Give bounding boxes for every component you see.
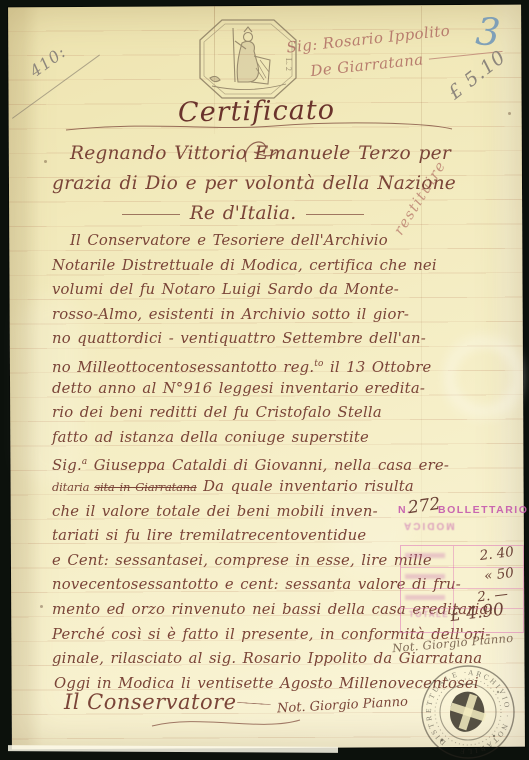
body-line: no Milleottocentosessantotto reg.to il 1… bbox=[52, 352, 434, 377]
body-line-segment: Da quale inventario risulta bbox=[197, 478, 414, 495]
ink-flourish bbox=[237, 702, 271, 705]
body-line: tariati si fu lire tremilatrecentoventid… bbox=[52, 524, 434, 549]
body-line: Perché così si è fatto il presente, in c… bbox=[52, 623, 434, 648]
fee-total-label: TOTALE bbox=[409, 610, 449, 619]
body-line: Sig.a Giuseppa Cataldi di Giovanni, nell… bbox=[52, 450, 434, 475]
body-line-segment: rosso-Almo, esistenti in Archivio sotto … bbox=[52, 306, 409, 323]
body-line-segment: no quattordici - ventiquattro Settembre … bbox=[52, 330, 426, 347]
seated-figure-icon bbox=[210, 27, 286, 90]
certificate-body: Regnando Vittorio Emanuele Terzo pergraz… bbox=[52, 139, 434, 696]
body-line-segment: Re d'Italia. bbox=[190, 203, 297, 224]
body-line: e Cent: sessantasei, comprese in esse, l… bbox=[52, 549, 434, 574]
body-line: detto anno al N°916 leggesi inventario e… bbox=[52, 377, 434, 402]
body-line-segment: sita in Giarratana bbox=[94, 480, 196, 494]
body-line-segment: tariati si fu lire tremilatrecentoventid… bbox=[52, 527, 366, 544]
body-line: Il Conservatore e Tesoriere dell'Archivi… bbox=[52, 229, 434, 254]
notarial-seal-icon: ARCHIVIO · NOTARILE · DISTRETTUALE · bbox=[412, 662, 524, 760]
body-line: che il valore totale dei beni mobili inv… bbox=[52, 500, 434, 525]
ink-speck bbox=[40, 605, 43, 608]
body-line-segment: grazia di Dio e per volontà della Nazion… bbox=[52, 173, 456, 194]
body-line-segment: il 13 Ottobre bbox=[324, 359, 432, 376]
fee-stamp-place: MODICA bbox=[402, 520, 455, 531]
ink-speck bbox=[44, 160, 47, 163]
body-line: mento ed orzo rinvenuto nei bassi della … bbox=[52, 598, 434, 623]
document-scan: 410: Sig: Rosario Ippolito De Giarratana… bbox=[0, 0, 529, 760]
document-title: Certificato bbox=[178, 95, 336, 129]
body-line-segment: rio dei beni reditti del fu Cristofalo S… bbox=[52, 404, 382, 421]
body-line: Notarile Distrettuale di Modica, certifi… bbox=[52, 254, 434, 279]
body-line-segment: volumi del fu Notaro Luigi Sardo da Mont… bbox=[52, 281, 399, 298]
body-line-segment: e Cent: sessantasei, comprese in esse, l… bbox=[52, 552, 432, 569]
body-line: no quattordici - ventiquattro Settembre … bbox=[52, 327, 434, 352]
body-line-segment: Sig. bbox=[52, 457, 82, 474]
body-line-segment: fatto ad istanza della coniuge superstit… bbox=[52, 429, 369, 446]
body-line-segment: ditaria bbox=[52, 480, 94, 494]
revenue-stamp-icon: L. 2 bbox=[196, 16, 300, 102]
body-line: Re d'Italia. bbox=[52, 199, 434, 229]
fee-row-label bbox=[405, 574, 445, 579]
body-line: rosso-Almo, esistenti in Archivio sotto … bbox=[52, 303, 434, 328]
body-line-segment: che il valore totale dei beni mobili inv… bbox=[52, 503, 378, 520]
scan-watermark bbox=[442, 318, 526, 436]
body-line: volumi del fu Notaro Luigi Sardo da Mont… bbox=[52, 278, 434, 303]
body-line: ginale, rilasciato al sig. Rosario Ippol… bbox=[52, 647, 434, 672]
body-line: novecentosessantotto e cent: sessanta va… bbox=[52, 573, 434, 598]
conservator-signature: Not. Giorgio Pianno bbox=[276, 695, 408, 717]
body-line-segment: Notarile Distrettuale di Modica, certifi… bbox=[52, 257, 437, 274]
paper-edge bbox=[8, 745, 338, 753]
body-line-segment: Regnando Vittorio Emanuele Terzo per bbox=[70, 143, 451, 164]
body-line: fatto ad istanza della coniuge superstit… bbox=[52, 426, 434, 451]
signature-flourish bbox=[150, 716, 302, 730]
body-line-segment: to bbox=[314, 359, 323, 369]
body-line-segment: no Milleottocentosessantotto reg. bbox=[52, 359, 314, 376]
savoy-cross-shield-icon bbox=[450, 692, 487, 732]
body-line: Regnando Vittorio Emanuele Terzo per bbox=[52, 139, 434, 169]
ink-speck bbox=[508, 112, 511, 115]
fee-stamp-word: BOLLETTARIO bbox=[438, 504, 528, 516]
signature-line: Il ConservatoreNot. Giorgio Pianno bbox=[64, 690, 408, 714]
signatory-role: Il Conservatore bbox=[64, 690, 237, 714]
stamp-value-text: L. 2 bbox=[284, 58, 293, 71]
fee-row-label bbox=[405, 595, 445, 600]
body-line: rio dei beni reditti del fu Cristofalo S… bbox=[52, 401, 434, 426]
fee-row-label bbox=[405, 553, 445, 558]
body-line: grazia di Dio e per volontà della Nazion… bbox=[52, 169, 434, 199]
body-line: ditaria sita in Giarratana Da quale inve… bbox=[52, 475, 434, 500]
body-line-segment: Giuseppa Cataldi di Giovanni, nella casa… bbox=[87, 457, 449, 474]
body-line-segment: Il Conservatore e Tesoriere dell'Archivi… bbox=[70, 232, 388, 249]
body-line-segment: detto anno al N°916 leggesi inventario e… bbox=[52, 380, 425, 397]
